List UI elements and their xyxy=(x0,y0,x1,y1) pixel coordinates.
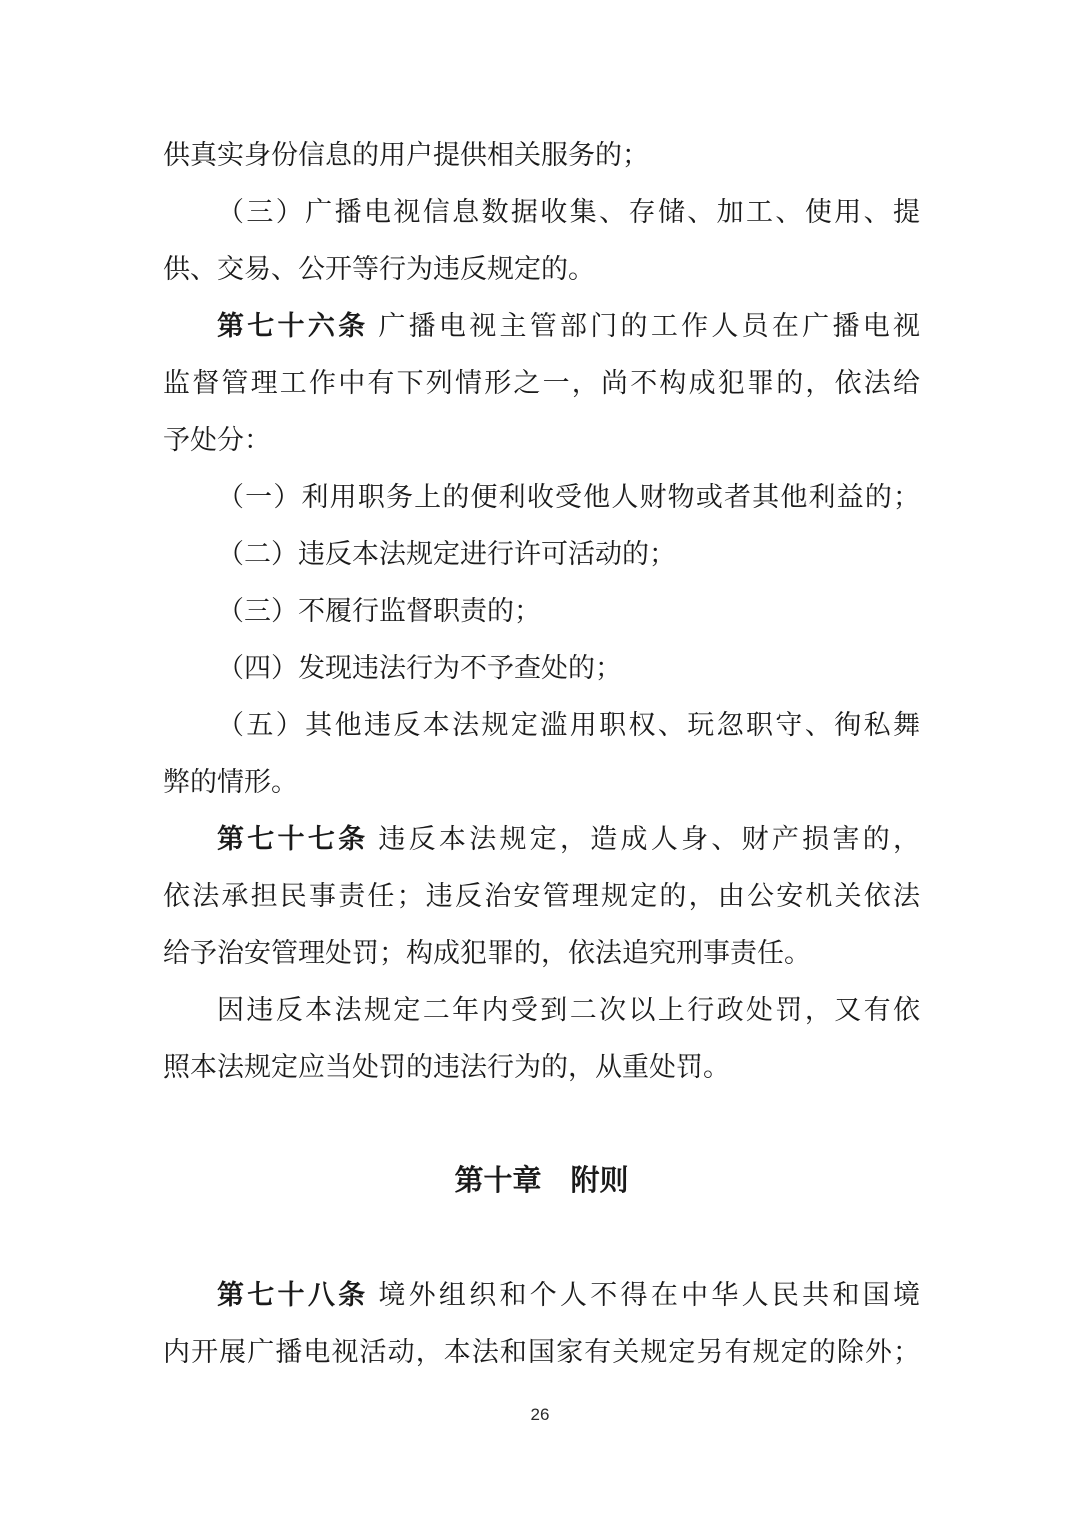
text-line: （一）利用职务上的便利收受他人财物或者其他利益的； xyxy=(163,469,920,526)
text-line: （二）违反本法规定进行许可活动的； xyxy=(163,526,920,583)
text-line: 给予治安管理处罚；构成犯罪的，依法追究刑事责任。 xyxy=(163,925,920,982)
text-line: 予处分： xyxy=(163,412,920,469)
text-line: 供真实身份信息的用户提供相关服务的； xyxy=(163,127,920,184)
article-number: 第七十七条 xyxy=(217,824,368,854)
text-line: 监督管理工作中有下列情形之一，尚不构成犯罪的，依法给 xyxy=(163,355,920,412)
article-line: 第七十八条 境外组织和个人不得在中华人民共和国境 xyxy=(163,1267,920,1324)
document-body: 供真实身份信息的用户提供相关服务的；（三）广播电视信息数据收集、存储、加工、使用… xyxy=(163,127,920,1381)
text-line: 供、交易、公开等行为违反规定的。 xyxy=(163,241,920,298)
chapter-heading: 第十章 附则 xyxy=(163,1153,920,1210)
text-line: （三）广播电视信息数据收集、存储、加工、使用、提 xyxy=(163,184,920,241)
document-page: 供真实身份信息的用户提供相关服务的；（三）广播电视信息数据收集、存储、加工、使用… xyxy=(0,0,1080,1526)
blank-line xyxy=(163,1210,920,1267)
text-line: （五）其他违反本法规定滥用职权、玩忽职守、徇私舞 xyxy=(163,697,920,754)
text-line: 因违反本法规定二年内受到二次以上行政处罚，又有依 xyxy=(163,982,920,1039)
blank-line xyxy=(163,1096,920,1153)
text-line: 内开展广播电视活动，本法和国家有关规定另有规定的除外； xyxy=(163,1324,920,1381)
text-line: 照本法规定应当处罚的违法行为的，从重处罚。 xyxy=(163,1039,920,1096)
article-number: 第七十八条 xyxy=(217,1280,368,1310)
article-number: 第七十六条 xyxy=(217,311,368,341)
text-line: （四）发现违法行为不予查处的； xyxy=(163,640,920,697)
text-line: 依法承担民事责任；违反治安管理规定的，由公安机关依法 xyxy=(163,868,920,925)
page-number: 26 xyxy=(0,1405,1080,1425)
text-line: 弊的情形。 xyxy=(163,754,920,811)
article-line: 第七十六条 广播电视主管部门的工作人员在广播电视 xyxy=(163,298,920,355)
text-line: （三）不履行监督职责的； xyxy=(163,583,920,640)
article-line: 第七十七条 违反本法规定，造成人身、财产损害的， xyxy=(163,811,920,868)
